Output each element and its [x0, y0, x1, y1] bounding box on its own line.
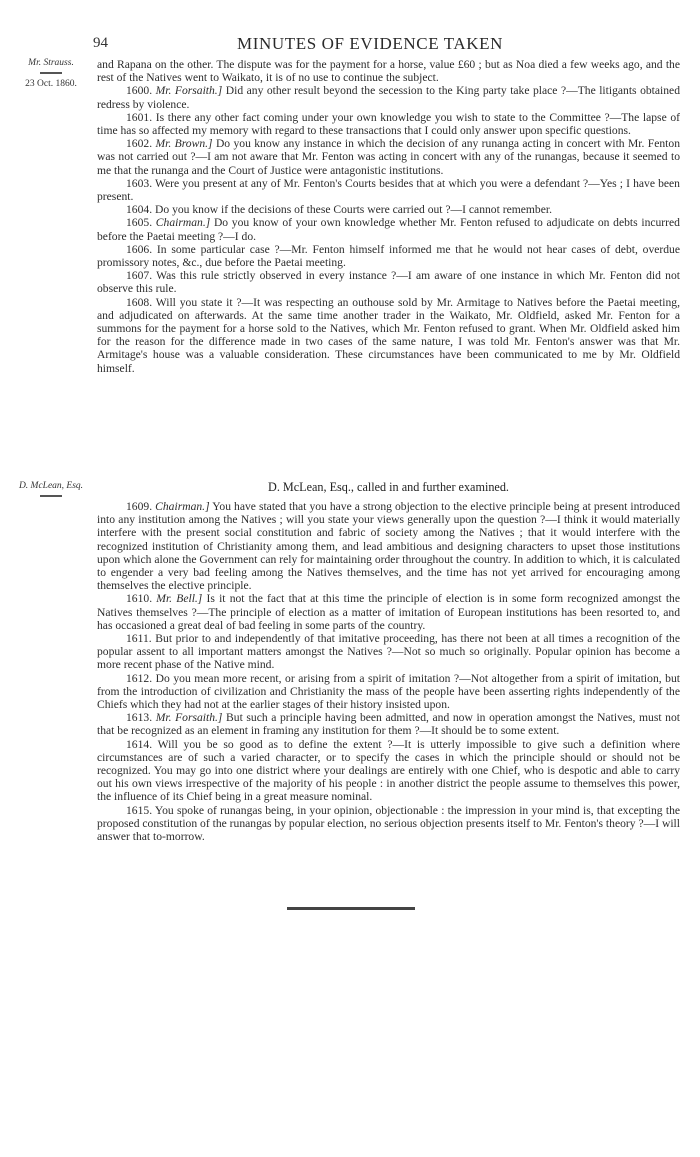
- question-1614: 1614. Will you be so good as to define t…: [97, 738, 680, 804]
- margin-rule: [40, 72, 62, 74]
- paragraph: and Rapana on the other. The dispute was…: [97, 58, 680, 84]
- running-title: MINUTES OF EVIDENCE TAKEN: [200, 34, 540, 54]
- question-1606: 1606. In some particular case ?—Mr. Fent…: [97, 243, 680, 269]
- question-1615: 1615. You spoke of runangas being, in yo…: [97, 804, 680, 844]
- question-1609: 1609. Chairman.] You have stated that yo…: [97, 500, 680, 592]
- body-section-2: 1609. Chairman.] You have stated that yo…: [97, 500, 680, 843]
- question-1601: 1601. Is there any other fact coming und…: [97, 111, 680, 137]
- body-section-1: and Rapana on the other. The dispute was…: [97, 58, 680, 375]
- margin-note-mclean: D. McLean, Esq.: [12, 481, 90, 502]
- section-heading: D. McLean, Esq., called in and further e…: [97, 480, 680, 495]
- margin-date: 23 Oct. 1860.: [18, 79, 84, 89]
- margin-note-strauss: Mr. Strauss. 23 Oct. 1860.: [18, 58, 84, 89]
- question-1612: 1612. Do you mean more recent, or arisin…: [97, 672, 680, 712]
- question-1602: 1602. Mr. Brown.] Do you know any instan…: [97, 137, 680, 177]
- end-rule: [287, 907, 415, 910]
- question-1613: 1613. Mr. Forsaith.] But such a principl…: [97, 711, 680, 737]
- question-1610: 1610. Mr. Bell.] Is it not the fact that…: [97, 592, 680, 632]
- question-1605: 1605. Chairman.] Do you know of your own…: [97, 216, 680, 242]
- question-1603: 1603. Were you present at any of Mr. Fen…: [97, 177, 680, 203]
- page-number: 94: [93, 35, 108, 52]
- question-1604: 1604. Do you know if the decisions of th…: [97, 203, 680, 216]
- margin-rule: [40, 495, 62, 497]
- question-1607: 1607. Was this rule strictly observed in…: [97, 269, 680, 295]
- question-1611: 1611. But prior to and independently of …: [97, 632, 680, 672]
- question-1600: 1600. Mr. Forsaith.] Did any other resul…: [97, 84, 680, 110]
- margin-witness-name: D. McLean, Esq.: [12, 481, 90, 491]
- question-1608: 1608. Will you state it ?—It was respect…: [97, 296, 680, 375]
- margin-witness-name: Mr. Strauss.: [18, 58, 84, 68]
